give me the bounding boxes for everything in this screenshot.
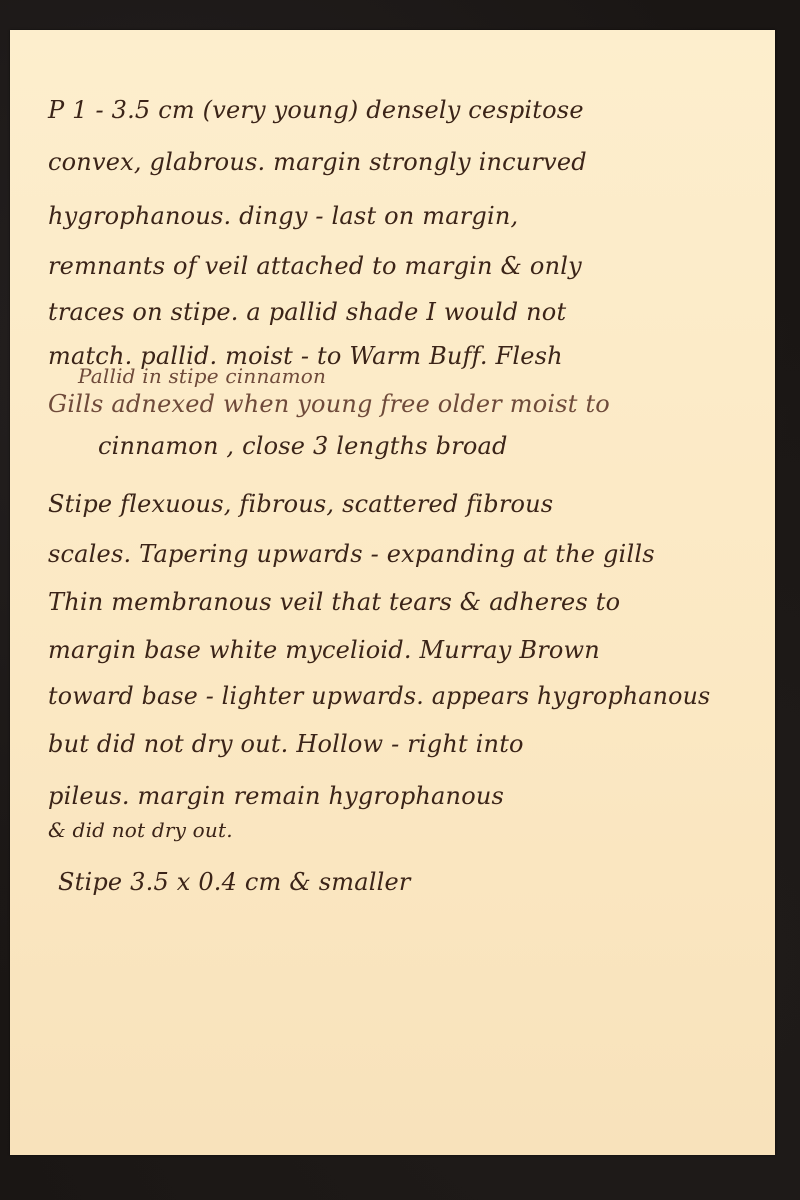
note-line-3: hygrophanous. dingy - last on margin, xyxy=(48,202,518,230)
note-line-10: Stipe flexuous, fibrous, scattered fibro… xyxy=(48,490,553,518)
note-card: P 1 - 3.5 cm (very young) densely cespit… xyxy=(10,30,775,1155)
note-line-12: Thin membranous veil that tears & adhere… xyxy=(48,588,620,616)
note-line-18: Stipe 3.5 x 0.4 cm & smaller xyxy=(58,868,411,896)
note-line-4: remnants of veil attached to margin & on… xyxy=(48,252,582,280)
note-line-2: convex, glabrous. margin strongly incurv… xyxy=(48,148,587,176)
note-line-17: & did not dry out. xyxy=(48,818,233,842)
note-line-8: Gills adnexed when young free older mois… xyxy=(48,390,610,418)
note-line-1: P 1 - 3.5 cm (very young) densely cespit… xyxy=(48,96,584,124)
note-line-9: cinnamon , close 3 lengths broad xyxy=(98,432,508,460)
note-line-7-insert: Pallid in stipe cinnamon xyxy=(78,364,326,388)
note-line-5: traces on stipe. a pallid shade I would … xyxy=(48,298,566,326)
note-line-14: toward base - lighter upwards. appears h… xyxy=(48,682,710,710)
note-line-13: margin base white mycelioid. Murray Brow… xyxy=(48,636,600,664)
note-line-16: pileus. margin remain hygrophanous xyxy=(48,782,504,810)
note-line-11: scales. Tapering upwards - expanding at … xyxy=(48,540,655,568)
note-line-15: but did not dry out. Hollow - right into xyxy=(48,730,524,758)
